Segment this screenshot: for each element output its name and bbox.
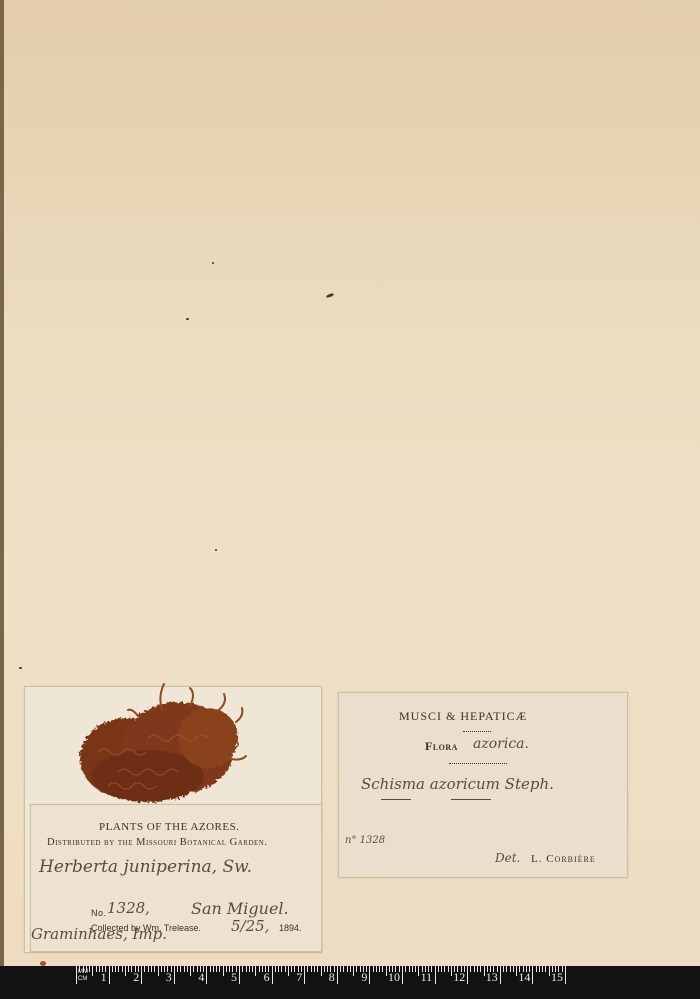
ruler-tick	[76, 966, 77, 984]
ruler-tick	[193, 966, 194, 972]
ruler-number: 5	[231, 970, 237, 985]
year-printed: 1894.	[279, 923, 302, 933]
ruler-tick	[484, 966, 485, 976]
ruler-tick	[158, 966, 159, 976]
ruler-number: 6	[264, 970, 270, 985]
ruler-tick	[128, 966, 129, 972]
ruler-tick	[272, 966, 273, 984]
ruler-tick	[161, 966, 162, 972]
ruler-tick	[83, 966, 84, 972]
label-musci-hepaticae: MUSCI & HEPATICÆ Flora azorica. Schisma …	[338, 692, 628, 878]
ruler-tick	[291, 966, 292, 972]
ruler-tick	[536, 966, 537, 972]
ruler-tick	[148, 966, 149, 972]
ruler-tick	[177, 966, 178, 972]
ruler-tick	[311, 966, 312, 972]
ruler-number: 1	[101, 970, 107, 985]
ruler-tick	[356, 966, 357, 972]
det-handwritten: Det.	[495, 851, 520, 865]
ruler-tick	[115, 966, 116, 972]
ruler-tick	[539, 966, 540, 972]
ruler-number: 15	[551, 970, 563, 985]
flora-ornament	[449, 759, 507, 764]
ruler-number: 3	[166, 970, 172, 985]
ruler-number: 7	[296, 970, 302, 985]
ruler-tick	[112, 966, 113, 972]
ruler-tick	[532, 966, 533, 984]
locality-handwritten: San Miguel.	[191, 899, 289, 918]
debris-speck	[212, 262, 214, 264]
ruler-tick	[500, 966, 501, 984]
ruler-tick	[565, 966, 566, 984]
ruler-tick	[409, 966, 410, 972]
ruler-number: 11	[421, 970, 433, 985]
ruler-tick	[304, 966, 305, 984]
ruler-tick	[415, 966, 416, 972]
ruler-number: 8	[329, 970, 335, 985]
musci-title: MUSCI & HEPATICÆ	[399, 709, 527, 724]
ruler-tick	[343, 966, 344, 972]
ruler-tick	[418, 966, 419, 976]
ruler-number: 2	[133, 970, 139, 985]
ruler-tick	[438, 966, 439, 972]
ruler-tick	[477, 966, 478, 972]
collection-number-handwritten: 1328,	[107, 899, 150, 917]
debris-speck	[186, 318, 189, 320]
ruler-tick	[89, 966, 90, 972]
ruler-tick	[382, 966, 383, 972]
ruler-tick	[448, 966, 449, 972]
ruler-tick	[285, 966, 286, 972]
ruler-tick	[255, 966, 256, 976]
species-underline	[381, 799, 411, 800]
ruler-tick	[405, 966, 406, 972]
flora-printed: Flora	[425, 739, 458, 754]
ruler-tick	[441, 966, 442, 972]
flora-handwritten: azorica.	[473, 736, 529, 752]
ruler-tick	[506, 966, 507, 972]
ruler-tick	[96, 966, 97, 972]
species-underline	[451, 799, 491, 800]
ruler-tick	[373, 966, 374, 972]
ruler-tick	[259, 966, 260, 972]
ruler-tick	[317, 966, 318, 972]
debris-speck	[215, 549, 217, 551]
ruler-tick	[324, 966, 325, 972]
ruler-tick	[86, 966, 87, 972]
ruler-tick	[239, 966, 240, 984]
ruler-tick	[444, 966, 445, 972]
species-name-handwritten: Herberta juniperina, Sw.	[39, 857, 252, 877]
azores-subtitle: Distributed by the Missouri Botanical Ga…	[47, 837, 267, 848]
ruler-tick	[314, 966, 315, 972]
ruler-tick	[242, 966, 243, 972]
ruler-tick	[275, 966, 276, 972]
ruler-tick	[187, 966, 188, 972]
ruler-tick	[386, 966, 387, 976]
ruler-tick	[226, 966, 227, 972]
ruler-tick	[174, 966, 175, 984]
ruler-number: 9	[361, 970, 367, 985]
ruler-tick	[376, 966, 377, 972]
determiner-printed: L. Corbière	[531, 853, 596, 865]
ruler-tick	[545, 966, 546, 972]
ruler-tick	[252, 966, 253, 972]
ruler-tick	[307, 966, 308, 972]
ruler-tick	[402, 966, 403, 984]
ruler-tick	[435, 966, 436, 984]
ruler-tick	[510, 966, 511, 972]
ruler-tick	[125, 966, 126, 976]
ruler-tick	[549, 966, 550, 976]
ruler-number: 4	[198, 970, 204, 985]
number-handwritten: n° 1328	[345, 835, 385, 846]
sheet-left-edge	[0, 0, 4, 968]
ruler-tick	[109, 966, 110, 984]
ruler-tick	[480, 966, 481, 972]
ruler-tick	[337, 966, 338, 984]
ruler-number: 10	[388, 970, 400, 985]
ruler-number: 12	[453, 970, 465, 985]
measurement-ruler: MM CM 123456789101112131415	[0, 966, 700, 999]
ruler-tick	[451, 966, 452, 976]
ruler-tick	[213, 966, 214, 972]
ruler-tick	[503, 966, 504, 972]
ruler-tick	[249, 966, 250, 972]
ruler-tick	[340, 966, 341, 972]
ruler-tick	[151, 966, 152, 972]
ruler-tick	[353, 966, 354, 976]
ruler-tick	[412, 966, 413, 972]
ruler-tick	[216, 966, 217, 972]
ruler-tick	[513, 966, 514, 972]
ruler-tick	[278, 966, 279, 972]
ruler-tick	[206, 966, 207, 984]
label-plants-of-azores: PLANTS OF THE AZORES. Distributed by the…	[30, 804, 322, 952]
ruler-tick	[79, 966, 80, 972]
ruler-tick	[92, 966, 93, 976]
habitat-handwritten: Graminhaes, Imp.	[31, 925, 167, 943]
debris-speck	[19, 667, 22, 669]
title-ornament	[463, 727, 491, 732]
ruler-tick	[223, 966, 224, 976]
ruler-tick	[347, 966, 348, 972]
ruler-tick	[474, 966, 475, 972]
date-handwritten: 5/25,	[231, 917, 269, 935]
ruler-tick	[542, 966, 543, 972]
ruler-tick	[219, 966, 220, 972]
moss-specimen	[78, 682, 248, 804]
ruler-tick	[210, 966, 211, 972]
ruler-tick	[180, 966, 181, 972]
ruler-tick	[122, 966, 123, 972]
ruler-tick	[350, 966, 351, 972]
ruler-tick	[516, 966, 517, 976]
ruler-tick	[467, 966, 468, 984]
ruler-tick	[141, 966, 142, 984]
ruler-tick	[246, 966, 247, 972]
ruler-tick	[288, 966, 289, 976]
ruler-tick	[154, 966, 155, 972]
ruler-scale: 123456789101112131415	[72, 966, 580, 988]
ruler-tick	[369, 966, 370, 984]
number-printed: No.	[91, 908, 107, 918]
ruler-tick	[379, 966, 380, 972]
ruler-tick	[281, 966, 282, 972]
ruler-tick	[321, 966, 322, 976]
ruler-tick	[184, 966, 185, 972]
ruler-number: 14	[518, 970, 530, 985]
ruler-number: 13	[486, 970, 498, 985]
ruler-tick	[144, 966, 145, 972]
ruler-tick	[190, 966, 191, 976]
species-name-handwritten: Schisma azoricum Steph.	[361, 775, 554, 793]
ruler-tick	[470, 966, 471, 972]
azores-title: PLANTS OF THE AZORES.	[99, 821, 239, 833]
ruler-tick	[118, 966, 119, 972]
